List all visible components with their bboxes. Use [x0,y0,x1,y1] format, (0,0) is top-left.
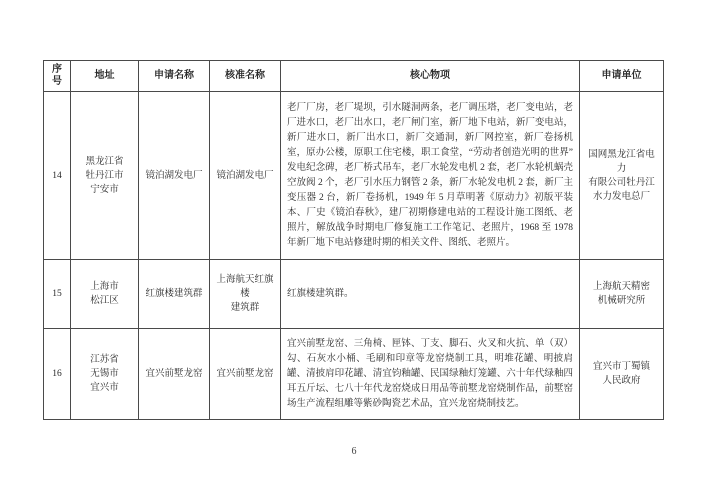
cell-address: 黑龙江省 牡丹江市 宁安市 [71,92,139,260]
cell-address: 上海市 松江区 [71,260,139,329]
cell-approved-name: 宜兴前墅龙窑 [210,329,281,420]
cell-applicant: 国网黑龙江省电力 有限公司牡丹江 水力发电总厂 [580,92,664,260]
cell-applicant: 宜兴市丁蜀镇 人民政府 [580,329,664,420]
table-row: 16 江苏省 无锡市 宜兴市 宜兴前墅龙窑 宜兴前墅龙窑 宜兴前墅龙窑、三角椅、… [44,329,664,420]
cell-application-name: 镜泊湖发电厂 [139,92,210,260]
table-header-row: 序号 地址 申请名称 核准名称 核心物项 申请单位 [44,61,664,92]
header-approved-name: 核准名称 [210,61,281,92]
cell-address: 江苏省 无锡市 宜兴市 [71,329,139,420]
header-core-items: 核心物项 [281,61,580,92]
cell-core-items: 红旗楼建筑群。 [281,260,580,329]
cell-core-items: 老厂厂房，老厂堤坝，引水隧洞两条，老厂调压塔，老厂变电站，老厂进水口，老厂出水口… [281,92,580,260]
cell-approved-name: 镜泊湖发电厂 [210,92,281,260]
approval-table: 序号 地址 申请名称 核准名称 核心物项 申请单位 14 黑龙江省 牡丹江市 宁… [43,60,664,420]
cell-applicant: 上海航天精密 机械研究所 [580,260,664,329]
cell-core-items: 宜兴前墅龙窑、三角椅、匣钵、丁支、脚石、火叉和火抗、单（双）勾、石灰水小桶、毛刷… [281,329,580,420]
table-row: 14 黑龙江省 牡丹江市 宁安市 镜泊湖发电厂 镜泊湖发电厂 老厂厂房，老厂堤坝… [44,92,664,260]
cell-seq: 14 [44,92,71,260]
header-address: 地址 [71,61,139,92]
cell-seq: 16 [44,329,71,420]
table-row: 15 上海市 松江区 红旗楼建筑群 上海航天红旗楼 建筑群 红旗楼建筑群。 上海… [44,260,664,329]
cell-application-name: 红旗楼建筑群 [139,260,210,329]
header-application-name: 申请名称 [139,61,210,92]
cell-seq: 15 [44,260,71,329]
cell-approved-name: 上海航天红旗楼 建筑群 [210,260,281,329]
document-page: 序号 地址 申请名称 核准名称 核心物项 申请单位 14 黑龙江省 牡丹江市 宁… [0,0,708,500]
page-number: 6 [0,446,708,457]
header-applicant: 申请单位 [580,61,664,92]
cell-application-name: 宜兴前墅龙窑 [139,329,210,420]
header-seq: 序号 [44,61,71,92]
